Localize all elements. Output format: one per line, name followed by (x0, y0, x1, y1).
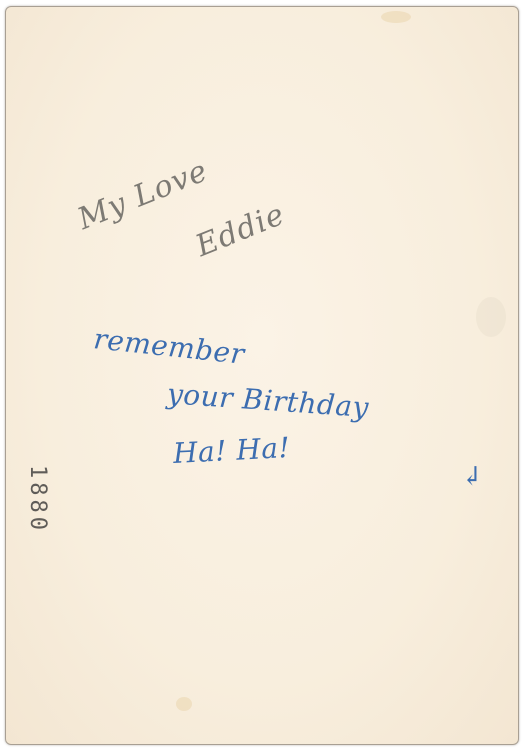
ink-note-line3: Ha! Ha! (172, 431, 291, 470)
stamp-number: 1880 (25, 465, 50, 534)
ink-note-line2: your Birthday (166, 377, 370, 424)
stain (176, 697, 192, 711)
ink-note-line1: remember (92, 322, 246, 371)
ink-flourish: ↲ (461, 462, 483, 492)
pencil-note-line2: Eddie (191, 197, 290, 264)
stain (381, 11, 411, 23)
stain (476, 297, 506, 337)
pencil-note-line1: My Love (73, 153, 213, 237)
photo-card-back: My Love Eddie remember your Birthday Ha!… (5, 6, 519, 745)
